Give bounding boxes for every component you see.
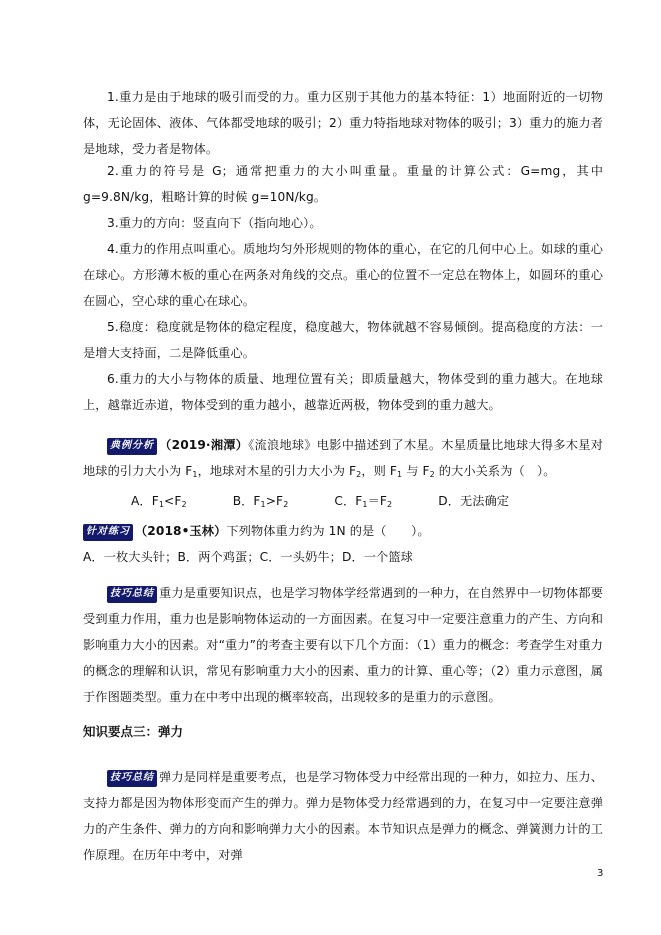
paragraph-center-of-gravity: 4.重力的作用点叫重心。质地均匀外形规则的物体的重心，在它的几何中心上。如球的重… — [83, 236, 603, 314]
paragraph-gravity-definition: 1.重力是由于地球的吸引而受的力。重力区别于其他力的基本特征：1）地面附近的一切… — [83, 84, 603, 162]
tip-elasticity: 技巧总结弹力是同样是重要考点，也是学习物体受力中经常出现的一种力，如拉力、压力、… — [83, 764, 603, 868]
example-analysis-badge: 典例分析 — [107, 438, 157, 455]
example-question: 典例分析（2019·湘潭）《流浪地球》电影中描述到了木星。木星质量比地球大得多木… — [83, 432, 603, 484]
tip-summary-badge: 技巧总结 — [107, 586, 157, 603]
paragraph-gravity-symbol: 2.重力的符号是 G；通常把重力的大小叫重量。重量的计算公式：G=mg，其中 g… — [83, 158, 603, 210]
paragraph-stability: 5.稳度：稳度就是物体的稳定程度，稳度越大，物体就越不容易倾倒。提高稳度的方法：… — [83, 314, 603, 366]
example-options: A．F1<F2B．F1>F2C．F1＝F2D．无法确定 — [83, 488, 603, 514]
option-d: D．无法确定 — [414, 488, 509, 514]
tip-summary-badge: 技巧总结 — [107, 770, 157, 787]
option-a: A．F1<F2 — [107, 488, 187, 514]
practice-options: A．一枚大头针；B．两个鸡蛋；C．一头奶牛；D．一个篮球 — [83, 544, 603, 570]
practice-source: （2018•玉林） — [135, 524, 226, 538]
paragraph-gravity-magnitude: 6.重力的大小与物体的质量、地理位置有关；即质量越大，物体受到的重力越大。在地球… — [83, 366, 603, 418]
option-c: C．F1＝F2 — [310, 488, 392, 514]
option-b: B．F1>F2 — [209, 488, 289, 514]
practice-question: 针对练习（2018•玉林）下列物体重力约为 1N 的是（ ）。 — [83, 518, 603, 544]
tip-gravity: 技巧总结重力是重要知识点，也是学习物体学经常遇到的一种力，在自然界中一切物体都要… — [83, 580, 603, 710]
paragraph-gravity-direction: 3.重力的方向：竖直向下（指向地心）。 — [83, 210, 603, 236]
example-source: （2019·湘潭） — [159, 438, 248, 452]
section-heading-elasticity: 知识要点三：弹力 — [83, 722, 183, 740]
practice-badge: 针对练习 — [83, 524, 133, 541]
document-page: 1.重力是由于地球的吸引而受的力。重力区别于其他力的基本特征：1）地面附近的一切… — [0, 0, 661, 935]
page-number: 3 — [597, 868, 603, 879]
